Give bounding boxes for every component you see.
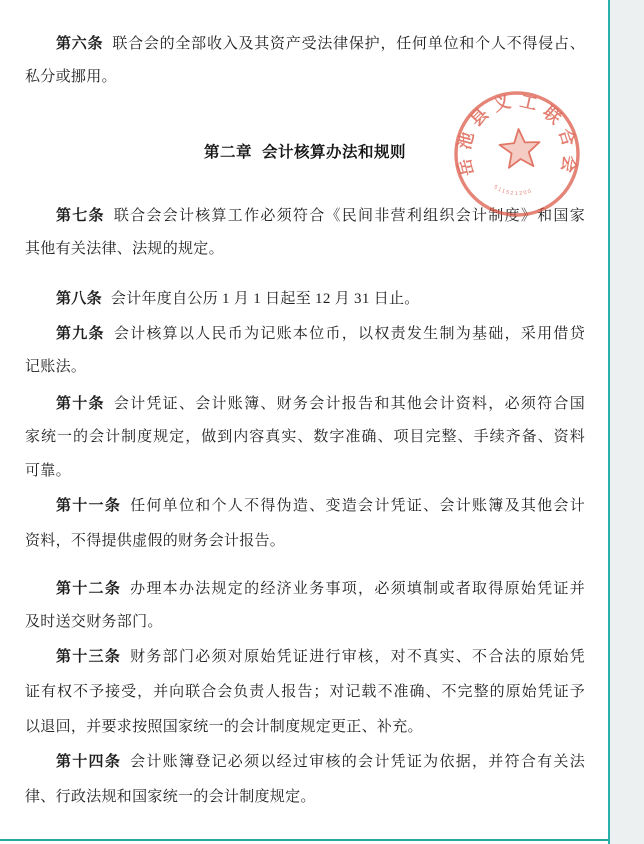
article-text: 记账法。 [25, 359, 86, 375]
article-text: 财务部门必须对原始凭证进行审核，对不真实、不合法的原始凭 [130, 649, 585, 665]
article-label: 第十三条 [56, 649, 121, 665]
article-text: 会计凭证、会计账簿、财务会计报告和其他会计资料，必须符合国 [114, 396, 585, 412]
article-text: 资料，不得提供虚假的财务会计报告。 [25, 533, 285, 549]
text-line: 第七条联合会会计核算工作必须符合《民间非营利组织会计制度》和国家 [25, 206, 585, 227]
article-label: 第十一条 [56, 498, 121, 514]
text-line: 及时送交财务部门。 [25, 612, 585, 633]
article-text: 可靠。 [25, 463, 71, 479]
page-right-rule [608, 0, 610, 844]
article-text: 会计核算以人民币为记账本位币，以权责发生制为基础，采用借贷 [114, 326, 585, 342]
article-label: 第八条 [56, 291, 102, 307]
article-text: 家统一的会计制度规定，做到内容真实、数字准确、项目完整、手续齐备、资料 [25, 429, 585, 445]
article-text: 任何单位和个人不得伪造、变造会计凭证、会计账簿及其他会计 [130, 498, 585, 514]
article-text: 办理本办法规定的经济业务事项，必须填制或者取得原始凭证并 [130, 581, 585, 597]
text-line: 律、行政法规和国家统一的会计制度规定。 [25, 787, 585, 808]
chapter-label: 第二章 [204, 144, 252, 161]
chapter-heading: 第二章会计核算办法和规则 [0, 142, 610, 164]
text-line: 资料，不得提供虚假的财务会计报告。 [25, 531, 585, 552]
text-line: 私分或挪用。 [25, 67, 585, 88]
article-text: 会计年度自公历 1 月 1 日起至 12 月 31 日止。 [111, 291, 420, 307]
text-line: 第十三条财务部门必须对原始凭证进行审核，对不真实、不合法的原始凭 [25, 647, 585, 668]
text-line: 第九条会计核算以人民币为记账本位币，以权责发生制为基础，采用借贷 [25, 324, 585, 345]
article-text: 私分或挪用。 [25, 69, 117, 85]
seal-registration-number: 511521200 [493, 184, 534, 197]
document-page: 第六条联合会的全部收入及其资产受法律保护，任何单位和个人不得侵占、 私分或挪用。… [0, 0, 644, 844]
seal-arc-text: 岳池县义工联合会 [454, 92, 581, 179]
text-line: 第十条会计凭证、会计账簿、财务会计报告和其他会计资料，必须符合国 [25, 394, 585, 415]
text-line: 其他有关法律、法规的规定。 [25, 239, 585, 260]
text-line: 记账法。 [25, 357, 585, 378]
article-text: 证有权不予接受，并向联合会负责人报告；对记载不准确、不完整的原始凭证予 [25, 684, 585, 700]
text-line: 第八条会计年度自公历 1 月 1 日起至 12 月 31 日止。 [25, 289, 585, 310]
article-text: 联合会会计核算工作必须符合《民间非营利组织会计制度》和国家 [114, 208, 585, 224]
text-line: 以退回，并要求按照国家统一的会计制度规定更正、补充。 [25, 717, 585, 738]
text-line: 可靠。 [25, 461, 585, 482]
article-label: 第十条 [56, 396, 105, 412]
article-label: 第七条 [56, 208, 105, 224]
article-label: 第十二条 [56, 581, 121, 597]
article-label: 第六条 [56, 36, 103, 52]
page-edge-strip [610, 0, 644, 844]
chapter-title: 会计核算办法和规则 [262, 144, 406, 161]
article-label: 第十四条 [56, 754, 121, 770]
article-text: 及时送交财务部门。 [25, 614, 163, 630]
article-text: 会计账簿登记必须以经过审核的会计凭证为依据，并符合有关法 [130, 754, 585, 770]
article-text: 其他有关法律、法规的规定。 [25, 241, 224, 257]
text-line: 第十一条任何单位和个人不得伪造、变造会计凭证、会计账簿及其他会计 [25, 496, 585, 517]
text-line: 第六条联合会的全部收入及其资产受法律保护，任何单位和个人不得侵占、 [25, 34, 585, 55]
text-line: 证有权不予接受，并向联合会负责人报告；对记载不准确、不完整的原始凭证予 [25, 682, 585, 703]
text-line: 第十四条会计账簿登记必须以经过审核的会计凭证为依据，并符合有关法 [25, 752, 585, 773]
article-text: 联合会的全部收入及其资产受法律保护，任何单位和个人不得侵占、 [112, 36, 585, 52]
article-label: 第九条 [56, 326, 105, 342]
article-text: 律、行政法规和国家统一的会计制度规定。 [25, 789, 316, 805]
text-line: 家统一的会计制度规定，做到内容真实、数字准确、项目完整、手续齐备、资料 [25, 427, 585, 448]
text-line: 第十二条办理本办法规定的经济业务事项，必须填制或者取得原始凭证并 [25, 579, 585, 600]
article-text: 以退回，并要求按照国家统一的会计制度规定更正、补充。 [25, 719, 423, 735]
page-bottom-rule [0, 839, 610, 841]
